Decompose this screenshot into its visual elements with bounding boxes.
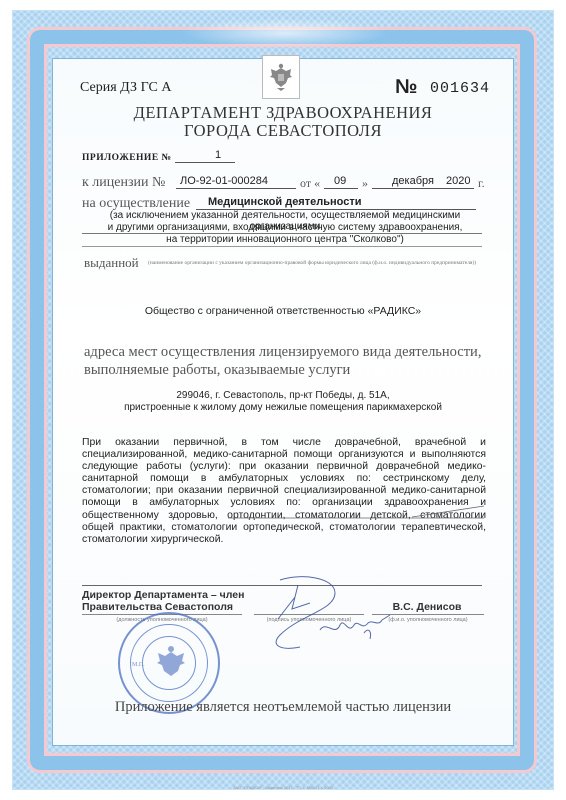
document-number: 001634 xyxy=(430,80,490,97)
license-number-underline xyxy=(176,188,296,189)
services-text: При оказании первичной, в том числе довр… xyxy=(82,437,486,546)
top-ornament xyxy=(180,18,390,48)
series-label: Серия ДЗ ГС А xyxy=(80,80,171,96)
address-line1: 299046, г. Севастополь, пр-кт Победы, д.… xyxy=(0,390,566,401)
license-number: ЛО-92-01-000284 xyxy=(180,175,268,187)
license-year-suffix: г. xyxy=(478,176,485,191)
stamp-label: М.П. xyxy=(132,662,145,668)
license-day: 09 xyxy=(334,175,346,187)
signer-position-line2: Правительства Севастополя xyxy=(82,601,233,613)
eagle-icon xyxy=(154,644,188,682)
appendix-label: ПРИЛОЖЕНИЕ № xyxy=(82,153,172,163)
activity-note-line2: и другими организациями, входящими в час… xyxy=(80,222,490,233)
department-title-line1: ДЕПАРТАМЕНТ ЗДРАВООХРАНЕНИЯ xyxy=(0,103,566,123)
activity-value: Медицинской деятельности xyxy=(208,196,361,208)
addresses-heading-line2: выполняемые работы, оказываемые услуги xyxy=(84,362,350,379)
addresses-heading-line1: адреса мест осуществления лицензируемого… xyxy=(84,344,481,361)
issued-label: выданной xyxy=(84,255,139,271)
day-underline xyxy=(324,188,358,189)
activity-note-line3: на территории инновационного центра "Ско… xyxy=(80,234,490,245)
appendix-number: 1 xyxy=(215,149,221,161)
license-month: декабря xyxy=(392,175,434,187)
number-sign: № xyxy=(395,76,417,99)
cancel-stroke xyxy=(82,500,488,520)
signer-position-line1: Директор Департамента – член xyxy=(82,589,245,601)
license-day-close: » xyxy=(362,176,368,191)
month-year-underline xyxy=(372,188,474,189)
address-line2: пристроенные к жилому дому нежилые помещ… xyxy=(0,402,566,413)
printer-imprint: ЗАО "ОПЦИОН", Лицензия 2017, "Т", з. №00… xyxy=(0,785,566,790)
activity-bottom-line xyxy=(82,246,482,247)
coat-of-arms-icon xyxy=(262,55,300,99)
appendix-underline xyxy=(175,162,235,163)
appendix-statement: Приложение является неотъемлемой частью … xyxy=(0,699,566,716)
license-year: 2020 xyxy=(446,175,470,187)
department-title-line2: ГОРОДА СЕВАСТОПОЛЯ xyxy=(0,121,566,141)
issued-hint: (наименование организации с указанием ор… xyxy=(148,258,488,268)
license-prefix: к лицензии № xyxy=(82,175,165,191)
organization-name: Общество с ограниченной ответственностью… xyxy=(0,305,566,317)
license-from-label: от « xyxy=(300,176,320,191)
